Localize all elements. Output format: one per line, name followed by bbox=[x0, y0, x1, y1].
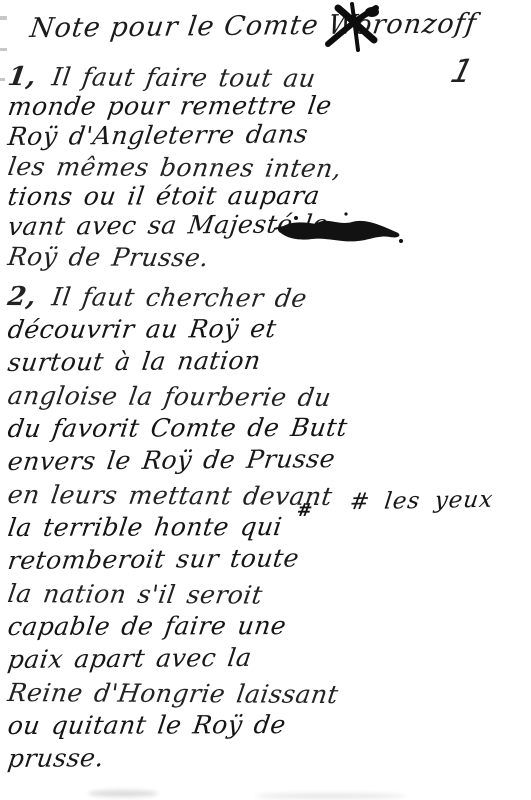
margin-note: # les yeux bbox=[348, 487, 495, 515]
paragraph-1: 1,Il faut faire tout au monde pour remet… bbox=[8, 62, 531, 272]
paragraph-number: 1, bbox=[6, 62, 39, 92]
text-line: paix apart avec la bbox=[6, 638, 531, 676]
text-line: vant avec sa Majesté le bbox=[6, 207, 531, 242]
ink-blot-icon bbox=[274, 210, 408, 250]
bottom-smudge bbox=[255, 793, 405, 799]
text-line: du favorit Comte de Butt bbox=[6, 410, 531, 445]
bottom-smudge bbox=[88, 790, 158, 797]
paragraph-2: 2,Il faut chercher de découvrir au Roÿ e… bbox=[8, 280, 531, 775]
text-line: découvrir au Roÿ et bbox=[6, 311, 531, 346]
page-edge-mark bbox=[0, 48, 7, 51]
text-line: ou quitant le Roÿ de bbox=[6, 707, 531, 742]
line-text: Il faut faire tout au bbox=[50, 62, 318, 93]
text-line: Roÿ de Prusse. bbox=[6, 242, 531, 275]
text-line: la terrible honte qui bbox=[6, 509, 531, 544]
text-line: capable de faire une bbox=[6, 608, 531, 643]
page-edge-mark bbox=[0, 16, 7, 20]
text-line: envers le Roÿ de Prusse bbox=[6, 440, 531, 478]
manuscript-page: Note pour le Comte Woronzoff 1 1,Il faut… bbox=[0, 0, 531, 800]
page-edge-mark bbox=[0, 78, 5, 81]
text-line: surtout à la nation bbox=[6, 341, 531, 379]
flourish-stroke-icon bbox=[322, 2, 386, 52]
text-line: retomberoit sur toute bbox=[6, 539, 531, 577]
line-text: Il faut chercher de bbox=[50, 282, 309, 313]
page-title: Note pour le Comte Woronzoff bbox=[27, 3, 531, 50]
paragraph-number: 2, bbox=[5, 281, 38, 314]
text-line: prusse. bbox=[6, 737, 531, 775]
text-line: Roÿ d'Angleterre dans bbox=[6, 117, 531, 152]
insertion-mark: # bbox=[296, 500, 314, 521]
